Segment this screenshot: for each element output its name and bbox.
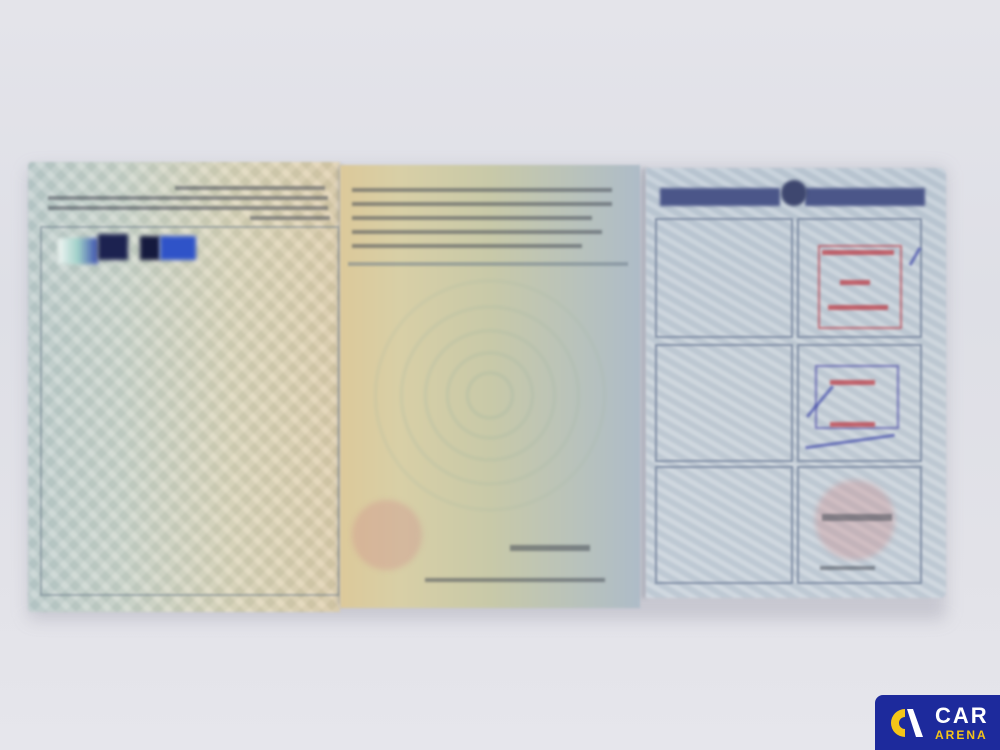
stamp-text [828,305,888,310]
inspection-cell [655,344,793,462]
car-arena-watermark: CAR ARENA [875,695,1000,750]
middle-header-text [352,230,602,234]
stamp-date-text [820,566,875,570]
left-header-text [48,206,328,210]
right-header-bar [660,188,780,206]
brand-line-2: ARENA [935,729,989,741]
stamp-text [840,280,870,285]
left-header-text [175,186,325,190]
left-header-text [250,216,330,220]
car-arena-logo-icon [889,705,925,741]
middle-header-text [352,216,592,220]
middle-header-text [352,202,612,206]
emblem-icon [781,180,807,206]
left-panel-frame [40,226,340,596]
stamp-text [830,422,875,427]
inspection-cell [655,218,793,338]
hologram-strip [58,238,98,264]
hologram-strip [140,236,160,260]
right-header-bar [805,188,925,206]
middle-header-text [352,244,582,248]
left-header-text [48,196,328,200]
brand-line-1: CAR [935,705,989,727]
hologram-strip [160,236,196,260]
blue-rectangular-stamp [815,365,899,429]
red-round-stamp [352,500,422,570]
middle-divider [348,262,628,266]
hologram-strip [98,234,128,260]
stamp-text [822,250,894,255]
middle-serial-text [510,545,590,551]
middle-header-text [352,188,612,192]
stamp-serial-text [822,514,892,521]
middle-footer-text [425,578,605,582]
red-rectangular-stamp [818,245,902,329]
inspection-cell [655,466,793,584]
stamp-text [830,380,875,385]
